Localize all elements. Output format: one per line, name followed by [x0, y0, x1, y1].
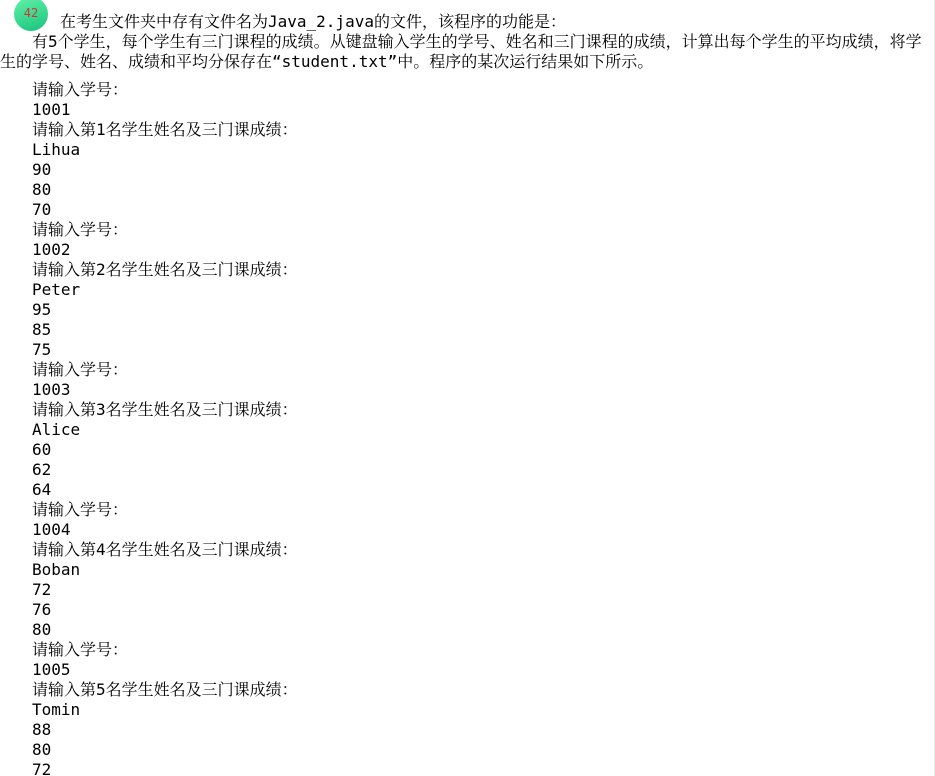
- console-line: 请输入第4名学生姓名及三门课成绩：: [32, 540, 934, 560]
- exam-question-view: 42 在考生文件夹中存有文件名为Java_2.java的文件，该程序的功能是： …: [0, 0, 935, 776]
- description-line-1: 在考生文件夹中存有文件名为Java_2.java的文件，该程序的功能是：: [60, 12, 934, 32]
- console-line: Lihua: [32, 140, 934, 160]
- console-line: 72: [32, 580, 934, 600]
- console-line: 请输入第5名学生姓名及三门课成绩：: [32, 680, 934, 700]
- console-line: 请输入第2名学生姓名及三门课成绩：: [32, 260, 934, 280]
- console-line: 80: [32, 620, 934, 640]
- console-line: 85: [32, 320, 934, 340]
- console-line: Boban: [32, 560, 934, 580]
- console-line: 62: [32, 460, 934, 480]
- console-line: 72: [32, 760, 934, 776]
- description-line-2: 有5个学生，每个学生有三门课程的成绩。从键盘输入学生的学号、姓名和三门课程的成绩…: [32, 32, 934, 52]
- console-line: 80: [32, 180, 934, 200]
- console-line: 请输入学号：: [32, 80, 934, 100]
- console-line: 60: [32, 440, 934, 460]
- console-line: 95: [32, 300, 934, 320]
- console-line: 请输入学号：: [32, 220, 934, 240]
- console-line: 1004: [32, 520, 934, 540]
- console-line: Tomin: [32, 700, 934, 720]
- question-description: 在考生文件夹中存有文件名为Java_2.java的文件，该程序的功能是： 有5个…: [0, 0, 934, 72]
- console-line: 请输入第3名学生姓名及三门课成绩：: [32, 400, 934, 420]
- console-line: 80: [32, 740, 934, 760]
- console-line: Peter: [32, 280, 934, 300]
- console-line: Alice: [32, 420, 934, 440]
- console-line: 请输入学号：: [32, 500, 934, 520]
- console-line: 1001: [32, 100, 934, 120]
- console-line: 1003: [32, 380, 934, 400]
- console-line: 请输入第1名学生姓名及三门课成绩：: [32, 120, 934, 140]
- console-line: 1005: [32, 660, 934, 680]
- console-line: 70: [32, 200, 934, 220]
- console-line: 请输入学号：: [32, 640, 934, 660]
- console-line: 请输入学号：: [32, 360, 934, 380]
- program-output: 请输入学号：1001请输入第1名学生姓名及三门课成绩：Lihua908070请输…: [0, 80, 934, 776]
- console-line: 64: [32, 480, 934, 500]
- console-line: 76: [32, 600, 934, 620]
- console-line: 1002: [32, 240, 934, 260]
- console-line: 90: [32, 160, 934, 180]
- description-line-3: 生的学号、姓名、成绩和平均分保存在“student.txt”中。程序的某次运行结…: [0, 52, 934, 72]
- console-line: 88: [32, 720, 934, 740]
- console-line: 75: [32, 340, 934, 360]
